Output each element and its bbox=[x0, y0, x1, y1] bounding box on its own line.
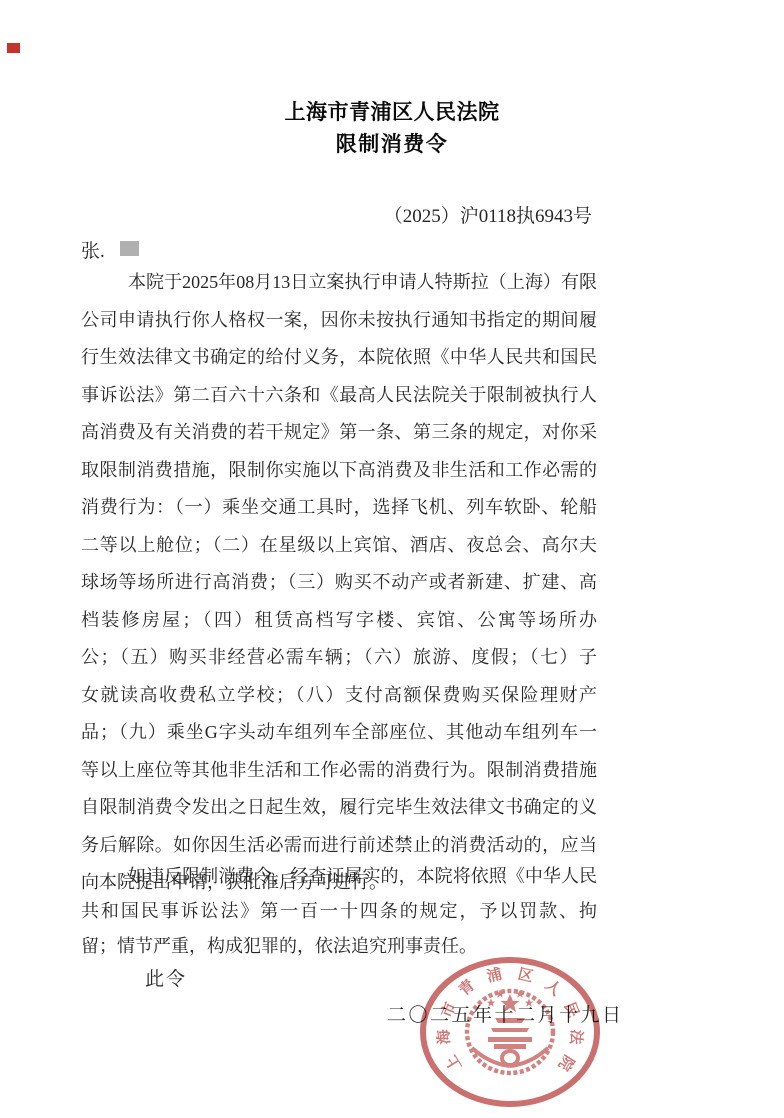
body-line: 女就读高收费私立学校；（八）支付高额保费购买保险理财产 bbox=[81, 677, 597, 715]
body-paragraph-1: 本院于2025年08月13日立案执行申请人特斯拉（上海）有限公司申请执行你人格权… bbox=[81, 264, 597, 902]
body-line: 事诉讼法》第二百六十六条和《最高人民法院关于限制被执行人 bbox=[81, 377, 597, 415]
body-line: 取限制消费措施，限制你实施以下高消费及非生活和工作必需的 bbox=[81, 452, 597, 490]
body-line: 高消费及有关消费的若干规定》第一条、第三条的规定，对你采 bbox=[81, 414, 597, 452]
corner-mark bbox=[7, 43, 20, 53]
body-line: 档装修房屋；（四）租赁高档写字楼、宾馆、公寓等场所办 bbox=[81, 602, 597, 640]
body-line: 自限制消费令发出之日起生效，履行完毕生效法律文书确定的义 bbox=[81, 789, 597, 827]
addressee-name: 张. bbox=[81, 241, 105, 262]
seal-text-char: 民 bbox=[560, 1000, 581, 1020]
body-line: 行生效法律文书确定的给付义务，本院依照《中华人民共和国民 bbox=[81, 339, 597, 377]
seal-text-char: 海 bbox=[434, 1028, 453, 1045]
closing-phrase: 此令 bbox=[145, 964, 187, 991]
court-seal: 上海市青浦区人民法院 bbox=[418, 952, 602, 1118]
body-line: 共和国民事诉讼法》第一百一十四条的规定，予以罚款、拘 bbox=[81, 894, 597, 929]
body-line: 本院于2025年08月13日立案执行申请人特斯拉（上海）有限 bbox=[81, 264, 597, 302]
body-line: 公司申请执行你人格权一案，因你未按执行通知书指定的期间履 bbox=[81, 302, 597, 340]
seal-text-char: 院 bbox=[555, 1052, 578, 1074]
seal-text-char: 青 bbox=[456, 977, 478, 1000]
addressee-line: 张. bbox=[81, 236, 139, 263]
body-line: 二等以上舱位；（二）在星级以上宾馆、酒店、夜总会、高尔夫 bbox=[81, 527, 597, 565]
seal-text-char: 法 bbox=[567, 1029, 585, 1046]
seal-text-char: 市 bbox=[437, 1000, 459, 1021]
body-line: 公；（五）购买非经营必需车辆；（六）旅游、度假；（七）子 bbox=[81, 639, 597, 677]
document-page: 上海市青浦区人民法院 限制消费令 （2025）沪0118执6943号 张. 本院… bbox=[0, 0, 784, 1118]
case-number: （2025）沪0118执6943号 bbox=[81, 201, 592, 228]
body-line: 球场等场所进行高消费；（三）购买不动产或者新建、扩建、高 bbox=[81, 564, 597, 602]
body-paragraph-2: 如违反限制消费令，经查证属实的，本院将依照《中华人民共和国民事诉讼法》第一百一十… bbox=[81, 859, 597, 964]
court-name: 上海市青浦区人民法院 bbox=[0, 96, 784, 126]
body-line: 如违反限制消费令，经查证属实的，本院将依照《中华人民 bbox=[81, 859, 597, 894]
seal-text-char: 上 bbox=[443, 1052, 465, 1074]
body-line: 品；（九）乘坐G字头动车组列车全部座位、其他动车组列车一 bbox=[81, 714, 597, 752]
seal-text-char: 浦 bbox=[485, 965, 504, 986]
redaction-block bbox=[120, 241, 139, 256]
national-emblem-icon bbox=[467, 990, 553, 1074]
body-line: 消费行为：（一）乘坐交通工具时，选择飞机、列车软卧、轮船 bbox=[81, 489, 597, 527]
doc-type-title: 限制消费令 bbox=[0, 128, 784, 158]
seal-text-char: 区 bbox=[516, 966, 535, 986]
seal-text-char: 人 bbox=[542, 977, 564, 1000]
body-line: 等以上座位等其他非生活和工作必需的消费行为。限制消费措施 bbox=[81, 752, 597, 790]
